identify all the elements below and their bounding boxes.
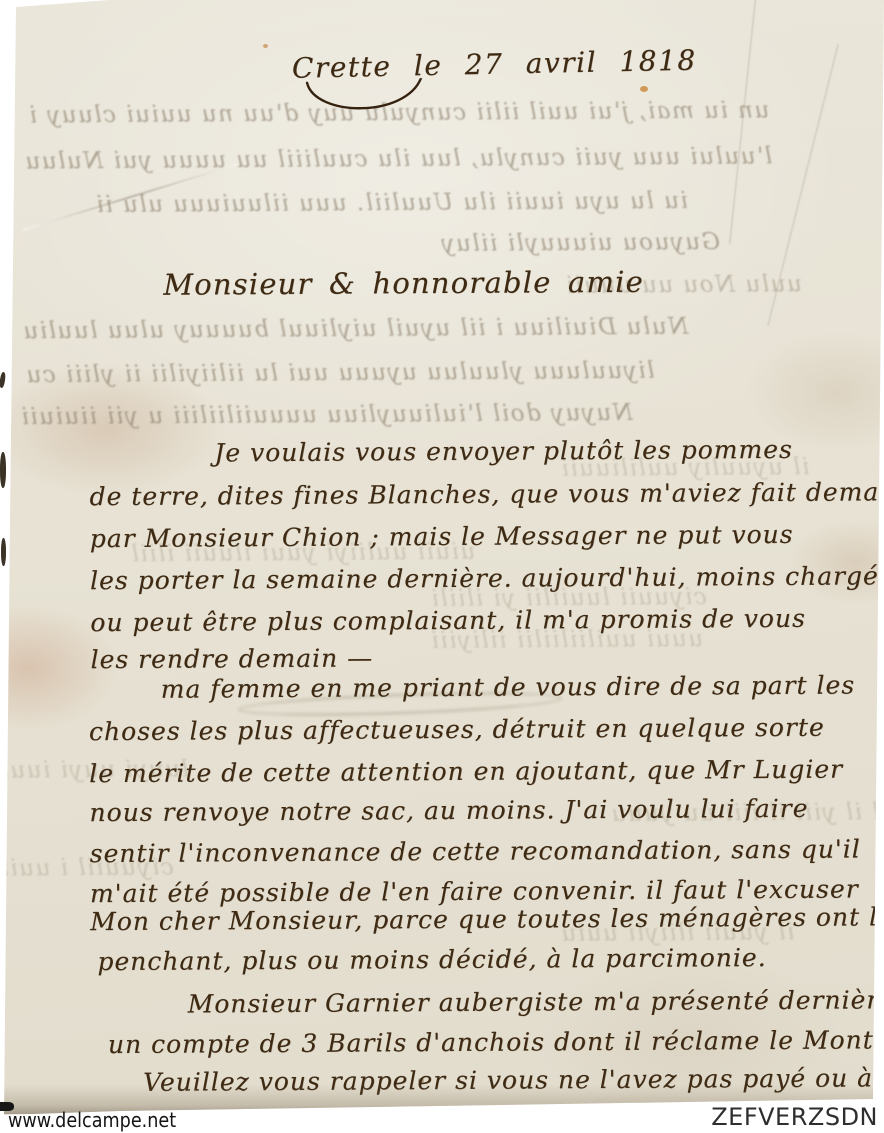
salutation: Monsieur & honnorable amie: [163, 265, 644, 302]
handwritten-line: penchant, plus ou moins décidé, à la par…: [97, 943, 766, 976]
handwriting-layer: Crette le 27 avril 1818 Monsieur & honno…: [0, 0, 884, 1133]
handwritten-line: choses les plus affectueuses, détruit en…: [89, 713, 825, 746]
handwritten-line: un compte de 3 Barils d'anchois dont il …: [108, 1025, 884, 1059]
seller-id-watermark: ZEFVERZSDN: [711, 1103, 878, 1131]
handwritten-line: le mérite de cette attention en ajoutant…: [89, 755, 843, 789]
handwritten-line: les rendre demain —: [90, 643, 373, 674]
handwritten-line: de terre, dites fines Blanches, que vous…: [89, 477, 884, 511]
handwritten-line: nous renvoye notre sac, au moins. J'ai v…: [89, 794, 808, 827]
handwritten-line: ma femme en me priant de vous dire de sa…: [161, 670, 856, 703]
paper-sheet: un iu mai, j'ui uuil iilii cunyulu uuy d…: [0, 0, 884, 1133]
delcampe-watermark: www.delcampe.net: [8, 1108, 176, 1132]
handwritten-line: ou peut être plus complaisant, il m'a pr…: [90, 604, 806, 637]
handwritten-line: Monsieur Garnier aubergiste m'a présenté…: [188, 985, 884, 1019]
scan-edge-mark: [0, 452, 6, 488]
scan-edge-mark: [0, 372, 6, 389]
letter-scan: un iu mai, j'ui uuil iilii cunyulu uuy d…: [0, 0, 884, 1133]
handwritten-line: les porter la semaine dernière. aujourd'…: [90, 561, 879, 595]
handwritten-line: Mon cher Monsieur, parce que toutes les …: [90, 902, 884, 936]
handwritten-line: Je voulais vous envoyer plutôt les pomme…: [214, 435, 793, 468]
handwritten-line: sentir l'inconvenance de cette recomanda…: [90, 834, 861, 868]
paraph-flourish: [297, 78, 429, 123]
scan-edge-mark: [1, 538, 6, 566]
handwritten-line: Veuillez vous rappeler si vous ne l'avez…: [143, 1063, 884, 1097]
handwritten-line: par Monsieur Chion ; mais le Messager ne…: [90, 520, 794, 553]
